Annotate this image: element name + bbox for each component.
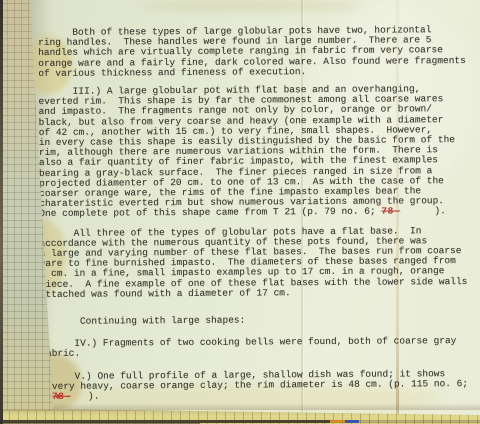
red-annotation-78-struck: 78- <box>381 206 400 217</box>
paragraph-iii: III.) A large globular pot with flat bas… <box>38 84 475 209</box>
paragraph-iii-line-suffix: ). <box>400 206 446 217</box>
scanned-document: Both of these types of large globular po… <box>0 0 480 424</box>
paper-stain <box>140 0 360 12</box>
paragraph-iv: IV.) Fragments of two cooking bells were… <box>40 336 476 359</box>
left-binding-edge <box>0 0 3 424</box>
paragraph-ring-handles: Both of these types of large globular po… <box>38 25 474 79</box>
paragraph-flat-bases: All three of the types of globular pots … <box>39 226 475 300</box>
paragraph-v: V.) One full profile of a large, shallow… <box>40 369 476 392</box>
paragraph-v-line-suffix: ). <box>71 391 100 402</box>
continuing-heading: Continuing with large shapes: <box>40 314 476 327</box>
red-annotation-78-struck: 78- <box>52 391 71 402</box>
red-pencil-dot <box>56 394 60 399</box>
page-bottom-edge-shadow <box>40 403 480 410</box>
typed-page: Both of these types of large globular po… <box>0 0 480 424</box>
paragraph-iii-line-prefix: One complete pot of this shape came from… <box>39 206 381 219</box>
body-text: Both of these types of large globular po… <box>38 25 477 402</box>
paragraph-iii-last-line: One complete pot of this shape came from… <box>39 206 475 219</box>
